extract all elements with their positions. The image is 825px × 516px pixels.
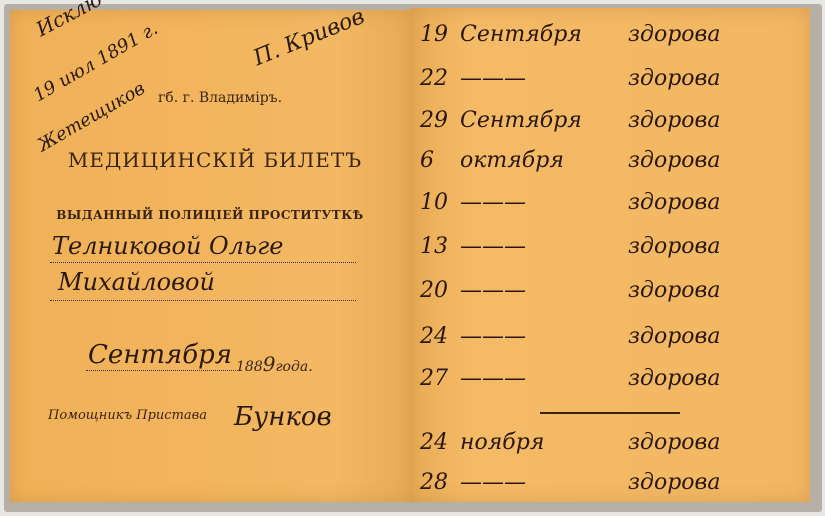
issue-year: 1889года. [236,352,313,376]
entry-day: 22 [420,66,448,91]
entry-status: здорова [628,148,720,173]
left-page: Исключена 19 июл 1891 г. Жетещиков П. Кр… [10,10,414,502]
name-line2-rule [50,300,356,301]
exam-entry: 6 октября здорова [410,148,810,182]
right-page: 19 Сентября здорова 22 ——— здорова 29 Се… [410,8,810,502]
entry-day: 29 [420,108,448,133]
exam-entry: 24 ——— здорова [410,324,810,358]
entry-month: ——— [460,366,526,391]
year-printed: 188 [236,359,263,375]
exam-entry: 24 ноября здорова [410,430,810,464]
entry-month: ноября [460,430,544,455]
entry-day: 24 [420,324,448,349]
entry-day: 10 [420,190,448,215]
entry-day: 6 [420,148,434,173]
entry-month: ——— [460,66,526,91]
entry-status: здорова [628,234,720,259]
exam-entry: 22 ——— здорова [410,66,810,100]
exam-entry: 19 Сентября здорова [410,22,810,56]
entry-day: 24 [420,430,448,455]
exam-entry: 27 ——— здорова [410,366,810,400]
entry-day: 13 [420,234,448,259]
exam-entry: 28 ——— здорова [410,470,810,504]
entry-status: здорова [628,108,720,133]
entry-status: здорова [628,470,720,495]
signer-signature: Бунков [234,402,332,432]
entry-month: ——— [460,190,526,215]
city-header: гб. г. Владимiръ. [130,90,310,106]
margin-signature: П. Кривов [250,4,368,71]
entry-month: октября [460,148,564,173]
entry-day: 20 [420,278,448,303]
entry-status: здорова [628,190,720,215]
entry-status: здорова [628,324,720,349]
document-subtitle: ВЫДАННЫЙ ПОЛИЦIЕЙ ПРОСТИТУТКѢ [40,208,380,222]
entry-status: здорова [628,430,720,455]
exam-entry: 20 ——— здорова [410,278,810,312]
separator-line [540,412,680,414]
entry-status: здорова [628,66,720,91]
entry-month: ——— [460,470,526,495]
entry-month: ——— [460,234,526,259]
signer-label: Помощникъ Пристава [48,408,207,423]
exam-entry: 29 Сентября здорова [410,108,810,142]
entry-status: здорова [628,278,720,303]
holder-name-line1: Телниковой Ольге [52,232,283,260]
name-line1-rule [50,262,356,263]
entry-status: здорова [628,366,720,391]
year-suffix: года. [275,359,312,375]
entry-month: Сентября [460,108,582,133]
entry-day: 19 [420,22,448,47]
issue-month-rule [86,370,236,371]
exam-entry: 10 ——— здорова [410,190,810,224]
entry-month: Сентября [460,22,582,47]
entry-status: здорова [628,22,720,47]
entry-day: 28 [420,470,448,495]
exam-entry: 13 ——— здорова [410,234,810,268]
year-digit: 9 [263,352,276,376]
holder-name-line2: Михайловой [58,268,215,296]
issue-month: Сентября [88,340,232,370]
document-title: МЕДИЦИНСКIЙ БИЛЕТЪ [50,148,380,172]
entry-day: 27 [420,366,448,391]
entry-month: ——— [460,324,526,349]
entry-month: ——— [460,278,526,303]
